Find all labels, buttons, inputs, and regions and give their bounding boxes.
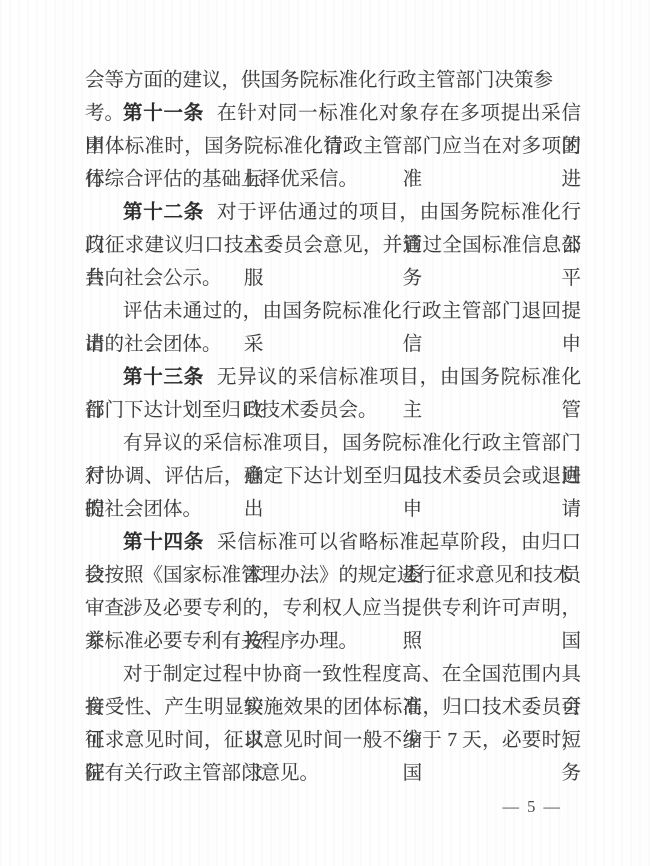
text-line: 涉及必要专利的，专利权人应当提供专利许可声明，并按照国: [85, 592, 581, 625]
article-number: 第十一条: [123, 103, 204, 124]
text-line: 第十二条对于评估通过的项目，由国务院标准化行政主管部: [85, 196, 581, 229]
text-line: 会等方面的建议，供国务院标准化行政主管部门决策参考。: [85, 64, 581, 97]
text-line: 行协调、评估后，确定下达计划至归口技术委员会或退回提出申请: [85, 460, 581, 493]
text-line: 会按照《国家标准管理办法》的规定进行征求意见和技术审查。: [85, 559, 581, 592]
text-line: 第十三条无异议的采信标准项目，由国务院标准化行政主管: [85, 361, 581, 394]
text-line: 评估未通过的，由国务院标准化行政主管部门退回提出采信申: [85, 295, 581, 328]
page-number: — 5 —: [0, 797, 562, 817]
text-line: 对于制定过程中协商一致性程度高、在全国范围内具有较高可: [85, 658, 581, 691]
text-line: 门征求建议归口技术委员会意见，并通过全国标准信息公共服务平: [85, 229, 581, 262]
text-line: 接受性、产生明显实施效果的团体标准，归口技术委员会可以缩短: [85, 691, 581, 724]
text-line: 第十四条采信标准可以省略标准起草阶段，由归口技术委员: [85, 526, 581, 559]
article-number: 第十四条: [123, 532, 204, 553]
text-line: 团体标准时，国务院标准化行政主管部门应当在对多项团体标准进: [85, 130, 581, 163]
document-body: 会等方面的建议，供国务院标准化行政主管部门决策参考。第十一条在针对同一标准化对象…: [85, 64, 581, 790]
text-line: 征求意见时间，征求意见时间一般不少于 7 天，必要时，征求国务: [85, 724, 581, 757]
article-number: 第十三条: [123, 367, 204, 388]
text-line: 第十一条在针对同一标准化对象存在多项提出采信申请的: [85, 97, 581, 130]
text-line: 有异议的采信标准项目，国务院标准化行政主管部门对意见进: [85, 427, 581, 460]
document-page: 会等方面的建议，供国务院标准化行政主管部门决策参考。第十一条在针对同一标准化对象…: [0, 0, 650, 866]
article-number: 第十二条: [123, 202, 204, 223]
